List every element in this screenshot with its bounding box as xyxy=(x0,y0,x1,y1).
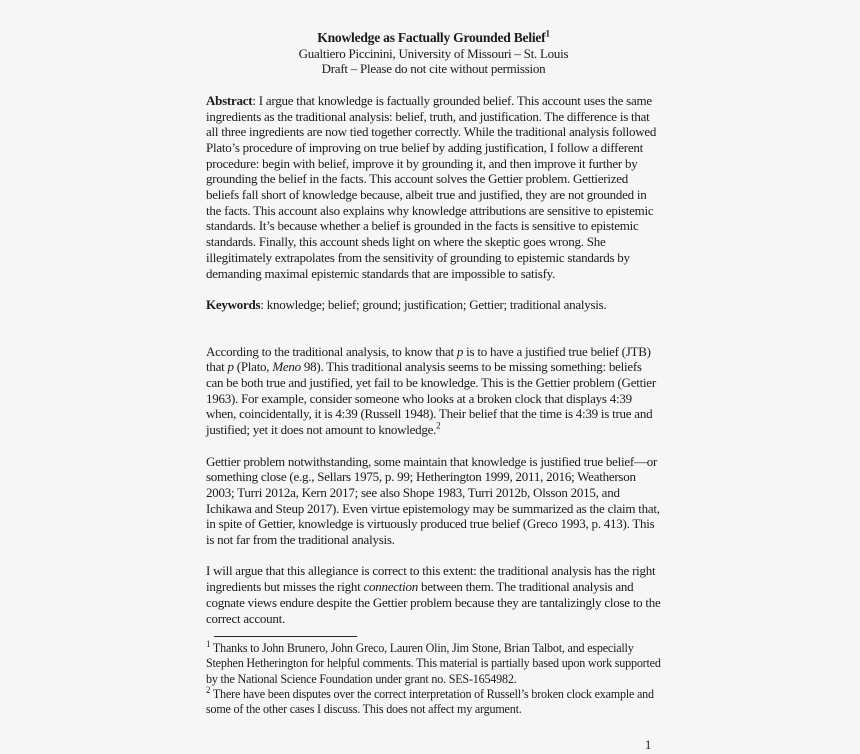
italic-term-meno: Meno xyxy=(272,359,301,374)
footnote-ref-2: 2 xyxy=(436,421,440,431)
abstract-text: : I argue that knowledge is factually gr… xyxy=(206,93,656,281)
paper-title: Knowledge as Factually Grounded Belief1 xyxy=(206,30,661,46)
body-paragraph-1-text: (Plato, xyxy=(234,359,273,374)
body-paragraph-1-text: According to the traditional analysis, t… xyxy=(206,344,457,359)
body-paragraph-3: I will argue that this allegiance is cor… xyxy=(206,563,661,626)
footnote-divider xyxy=(214,636,357,637)
title-footnote-marker: 1 xyxy=(545,28,549,38)
body-paragraph-2: Gettier problem notwithstanding, some ma… xyxy=(206,454,661,548)
keywords-label: Keywords xyxy=(206,297,260,312)
paper-draft-note: Draft – Please do not cite without permi… xyxy=(206,61,661,77)
footnote-1: 1 Thanks to John Brunero, John Greco, La… xyxy=(206,641,661,687)
italic-term-connection: connection xyxy=(363,579,418,594)
keywords-paragraph: Keywords: knowledge; belief; ground; jus… xyxy=(206,297,661,313)
paper-title-text: Knowledge as Factually Grounded Belief xyxy=(317,30,545,45)
footnote-2: 2 There have been disputes over the corr… xyxy=(206,687,661,717)
body-paragraph-1: According to the traditional analysis, t… xyxy=(206,344,661,438)
abstract-label: Abstract xyxy=(206,93,252,108)
page-number: 1 xyxy=(206,738,661,747)
footnote-2-text: There have been disputes over the correc… xyxy=(206,687,654,716)
abstract-paragraph: Abstract: I argue that knowledge is fact… xyxy=(206,93,661,281)
keywords-text: : knowledge; belief; ground; justificati… xyxy=(260,297,606,312)
document-page: Knowledge as Factually Grounded Belief1 … xyxy=(206,30,661,747)
footnote-1-text: Thanks to John Brunero, John Greco, Laur… xyxy=(206,641,661,685)
paper-author: Gualtiero Piccinini, University of Misso… xyxy=(206,46,661,62)
